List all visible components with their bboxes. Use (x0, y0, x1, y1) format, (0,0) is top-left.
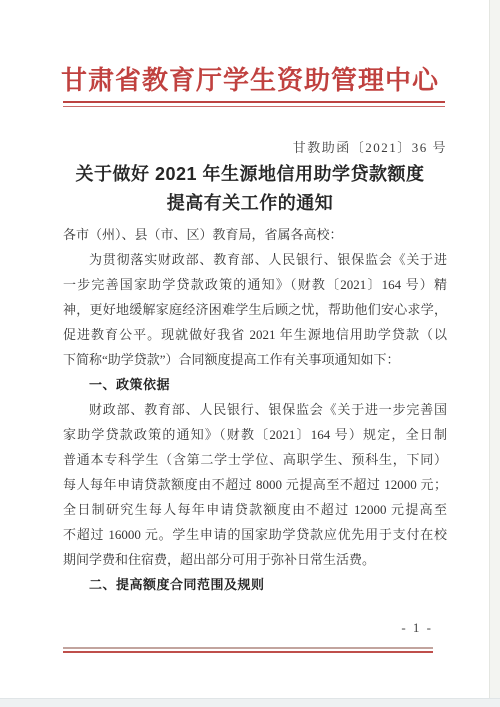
body-line: 每人每年申请贷款额度由不超过 8000 元提高至不超过 12000 元； (63, 472, 447, 497)
footer-divider-top (63, 647, 433, 649)
notice-title-line-1: 关于做好 2021 年生源地信用助学贷款额度 (30, 160, 470, 186)
document-number: 甘教助函〔2021〕36 号 (63, 137, 447, 156)
page-number: - 1 - (63, 620, 433, 636)
body-line: 全日制研究生每人每年申请贷款额度由不超过 12000 元提高至 (63, 497, 447, 522)
body-line: 神，更好地缓解家庭经济困难学生后顾之忧，帮助他们安心求学， (63, 297, 447, 322)
notice-title-line-2: 提高有关工作的通知 (30, 189, 470, 215)
section-heading-2: 二、提高额度合同范围及规则 (63, 572, 447, 597)
document-page: 甘肃省教育厅学生资助管理中心 甘教助函〔2021〕36 号 关于做好 2021 … (0, 0, 500, 707)
body-line: 促进教育公平。现就做好我省 2021 年生源地信用助学贷款（以 (63, 322, 447, 347)
letterhead-title: 甘肃省教育厅学生资助管理中心 (30, 60, 470, 97)
salutation-line: 各市（州）、县（市、区）教育局，省属各高校： (63, 222, 447, 247)
body-line: 家助学贷款政策的通知》（财教〔2021〕164 号）规定，全日制 (63, 422, 447, 447)
body-line: 期间学费和住宿费，超出部分可用于弥补日常生活费。 (63, 547, 447, 572)
body-line: 为贯彻落实财政部、教育部、人民银行、银保监会《关于进 (63, 247, 447, 272)
body-line: 财政部、教育部、人民银行、银保监会《关于进一步完善国 (63, 397, 447, 422)
body-line: 普通本专科学生（含第二学士学位、高职学生、预科生，下同） (63, 447, 447, 472)
footer-divider-bottom (63, 651, 433, 653)
body-text: 各市（州）、县（市、区）教育局，省属各高校： 为贯彻落实财政部、教育部、人民银行… (63, 222, 447, 597)
body-line: 下简称“助学贷款”）合同额度提高工作有关事项通知如下： (63, 347, 447, 372)
scan-bottom-edge (0, 698, 500, 707)
letterhead-divider-top (63, 101, 445, 103)
scan-right-edge (489, 0, 500, 707)
body-line: 一步完善国家助学贷款政策的通知》（财教〔2021〕164 号）精 (63, 272, 447, 297)
letterhead-divider-bottom (63, 106, 445, 107)
section-heading-1: 一、政策依据 (63, 372, 447, 397)
body-line: 不超过 16000 元。学生申请的国家助学贷款应优先用于支付在校 (63, 522, 447, 547)
